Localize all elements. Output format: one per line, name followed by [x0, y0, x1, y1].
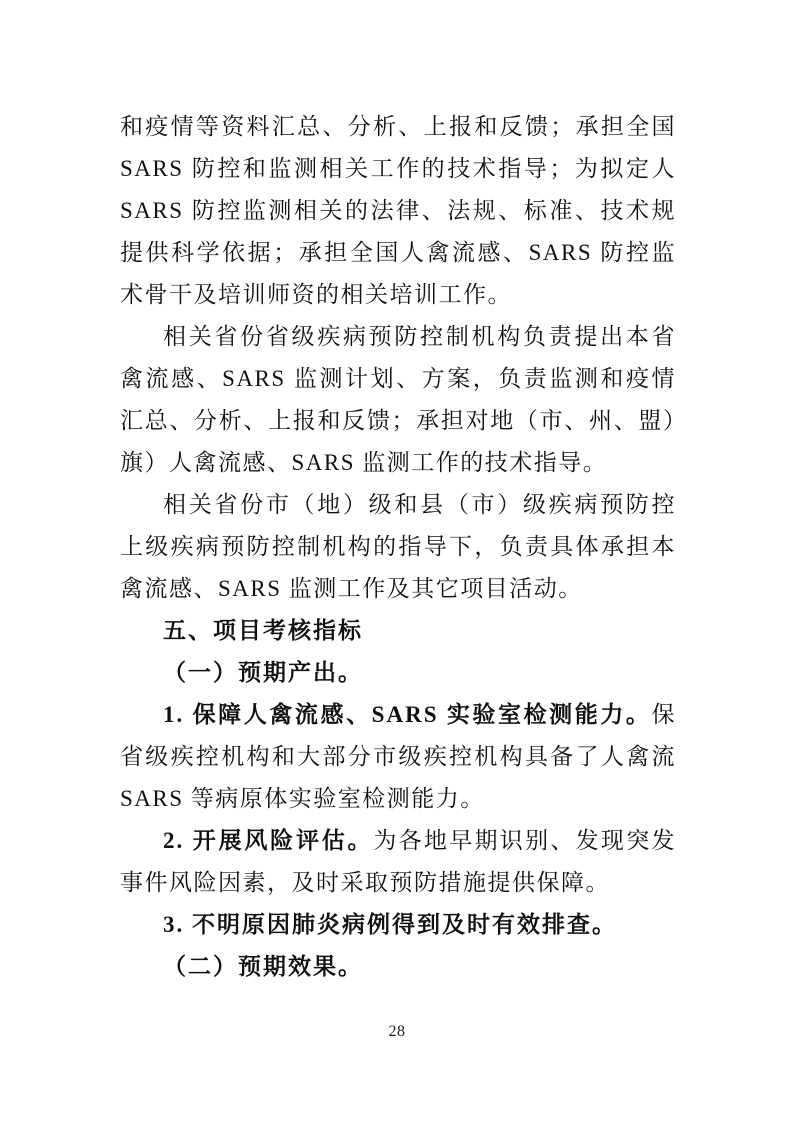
text-line: （一）预期产出。 — [120, 652, 676, 694]
text-line: 提供科学依据；承担全国人禽流感、SARS 防控监测专业技 — [120, 232, 676, 274]
text-run: 事件风险因素，及时采取预防措施提供保障。 — [120, 870, 610, 895]
text-line: 术骨干及培训师资的相关培训工作。 — [120, 274, 676, 316]
text-run: 汇总、分析、上报和反馈；承担对地（市、州、盟）及县（市、 — [120, 408, 676, 442]
text-run: 禽流感、SARS 监测工作及其它项目活动。 — [120, 576, 583, 601]
text-run: 和疫情等资料汇总、分析、上报和反馈；承担全国人禽流感、 — [120, 114, 676, 148]
text-run: SARS 防控监测相关的法律、法规、标准、技术规范和规划 — [120, 198, 676, 232]
page-number: 28 — [0, 1022, 794, 1042]
text-run-bold: 五、项目考核指标 — [163, 618, 363, 643]
text-line: 五、项目考核指标 — [120, 610, 676, 652]
text-run: 省级疾控机构和大部分市级疾控机构具备了人禽流感、 — [120, 744, 676, 778]
text-line: SARS 等病原体实验室检测能力。 — [120, 778, 676, 820]
text-line: 上级疾病预防控制机构的指导下，负责具体承担本辖区的人 — [120, 526, 676, 568]
text-run-bold: （一）预期产出。 — [163, 660, 363, 685]
text-line: 2. 开展风险评估。为各地早期识别、发现突发公共卫生 — [120, 820, 676, 862]
text-line: 1. 保障人禽流感、SARS 实验室检测能力。保障全国各 — [120, 694, 676, 736]
text-run-bold: 2. 开展风险评估。 — [163, 828, 373, 853]
document-body: 和疫情等资料汇总、分析、上报和反馈；承担全国人禽流感、SARS 防控和监测相关工… — [120, 106, 676, 988]
text-line: 禽流感、SARS 监测计划、方案，负责监测和疫情等资料的 — [120, 358, 676, 400]
text-line: 相关省份省级疾病预防控制机构负责提出本省（区）人 — [120, 316, 676, 358]
text-line: SARS 防控和监测相关工作的技术指导；为拟定人禽流感、 — [120, 148, 676, 190]
text-line: 和疫情等资料汇总、分析、上报和反馈；承担全国人禽流感、 — [120, 106, 676, 148]
text-run: SARS 防控和监测相关工作的技术指导；为拟定人禽流感、 — [120, 156, 676, 190]
text-run: 旗）人禽流感、SARS 监测工作的技术指导。 — [120, 450, 607, 475]
text-line: 事件风险因素，及时采取预防措施提供保障。 — [120, 862, 676, 904]
text-line: （二）预期效果。 — [120, 946, 676, 988]
text-run-bold: 3. 不明原因肺炎病例得到及时有效排查。 — [163, 912, 617, 937]
document-page: 和疫情等资料汇总、分析、上报和反馈；承担全国人禽流感、SARS 防控和监测相关工… — [0, 0, 794, 1122]
text-line: 旗）人禽流感、SARS 监测工作的技术指导。 — [120, 442, 676, 484]
text-line: 相关省份市（地）级和县（市）级疾病预防控制机构在 — [120, 484, 676, 526]
text-run-bold: （二）预期效果。 — [163, 954, 363, 979]
text-line: 省级疾控机构和大部分市级疾控机构具备了人禽流感、 — [120, 736, 676, 778]
text-run-bold: 1. 保障人禽流感、SARS 实验室检测能力。 — [163, 702, 652, 727]
text-run: 相关省份市（地）级和县（市）级疾病预防控制机构在 — [163, 492, 676, 526]
text-run: 相关省份省级疾病预防控制机构负责提出本省（区）人 — [163, 324, 676, 358]
text-run: 提供科学依据；承担全国人禽流感、SARS 防控监测专业技 — [120, 240, 676, 274]
text-run: SARS 等病原体实验室检测能力。 — [120, 786, 485, 811]
text-line: 禽流感、SARS 监测工作及其它项目活动。 — [120, 568, 676, 610]
text-line: 汇总、分析、上报和反馈；承担对地（市、州、盟）及县（市、 — [120, 400, 676, 442]
text-run: 术骨干及培训师资的相关培训工作。 — [120, 282, 512, 307]
text-line: SARS 防控监测相关的法律、法规、标准、技术规范和规划 — [120, 190, 676, 232]
text-line: 3. 不明原因肺炎病例得到及时有效排查。 — [120, 904, 676, 946]
text-run: 禽流感、SARS 监测计划、方案，负责监测和疫情等资料的 — [120, 366, 676, 400]
text-run: 上级疾病预防控制机构的指导下，负责具体承担本辖区的人 — [120, 534, 676, 568]
